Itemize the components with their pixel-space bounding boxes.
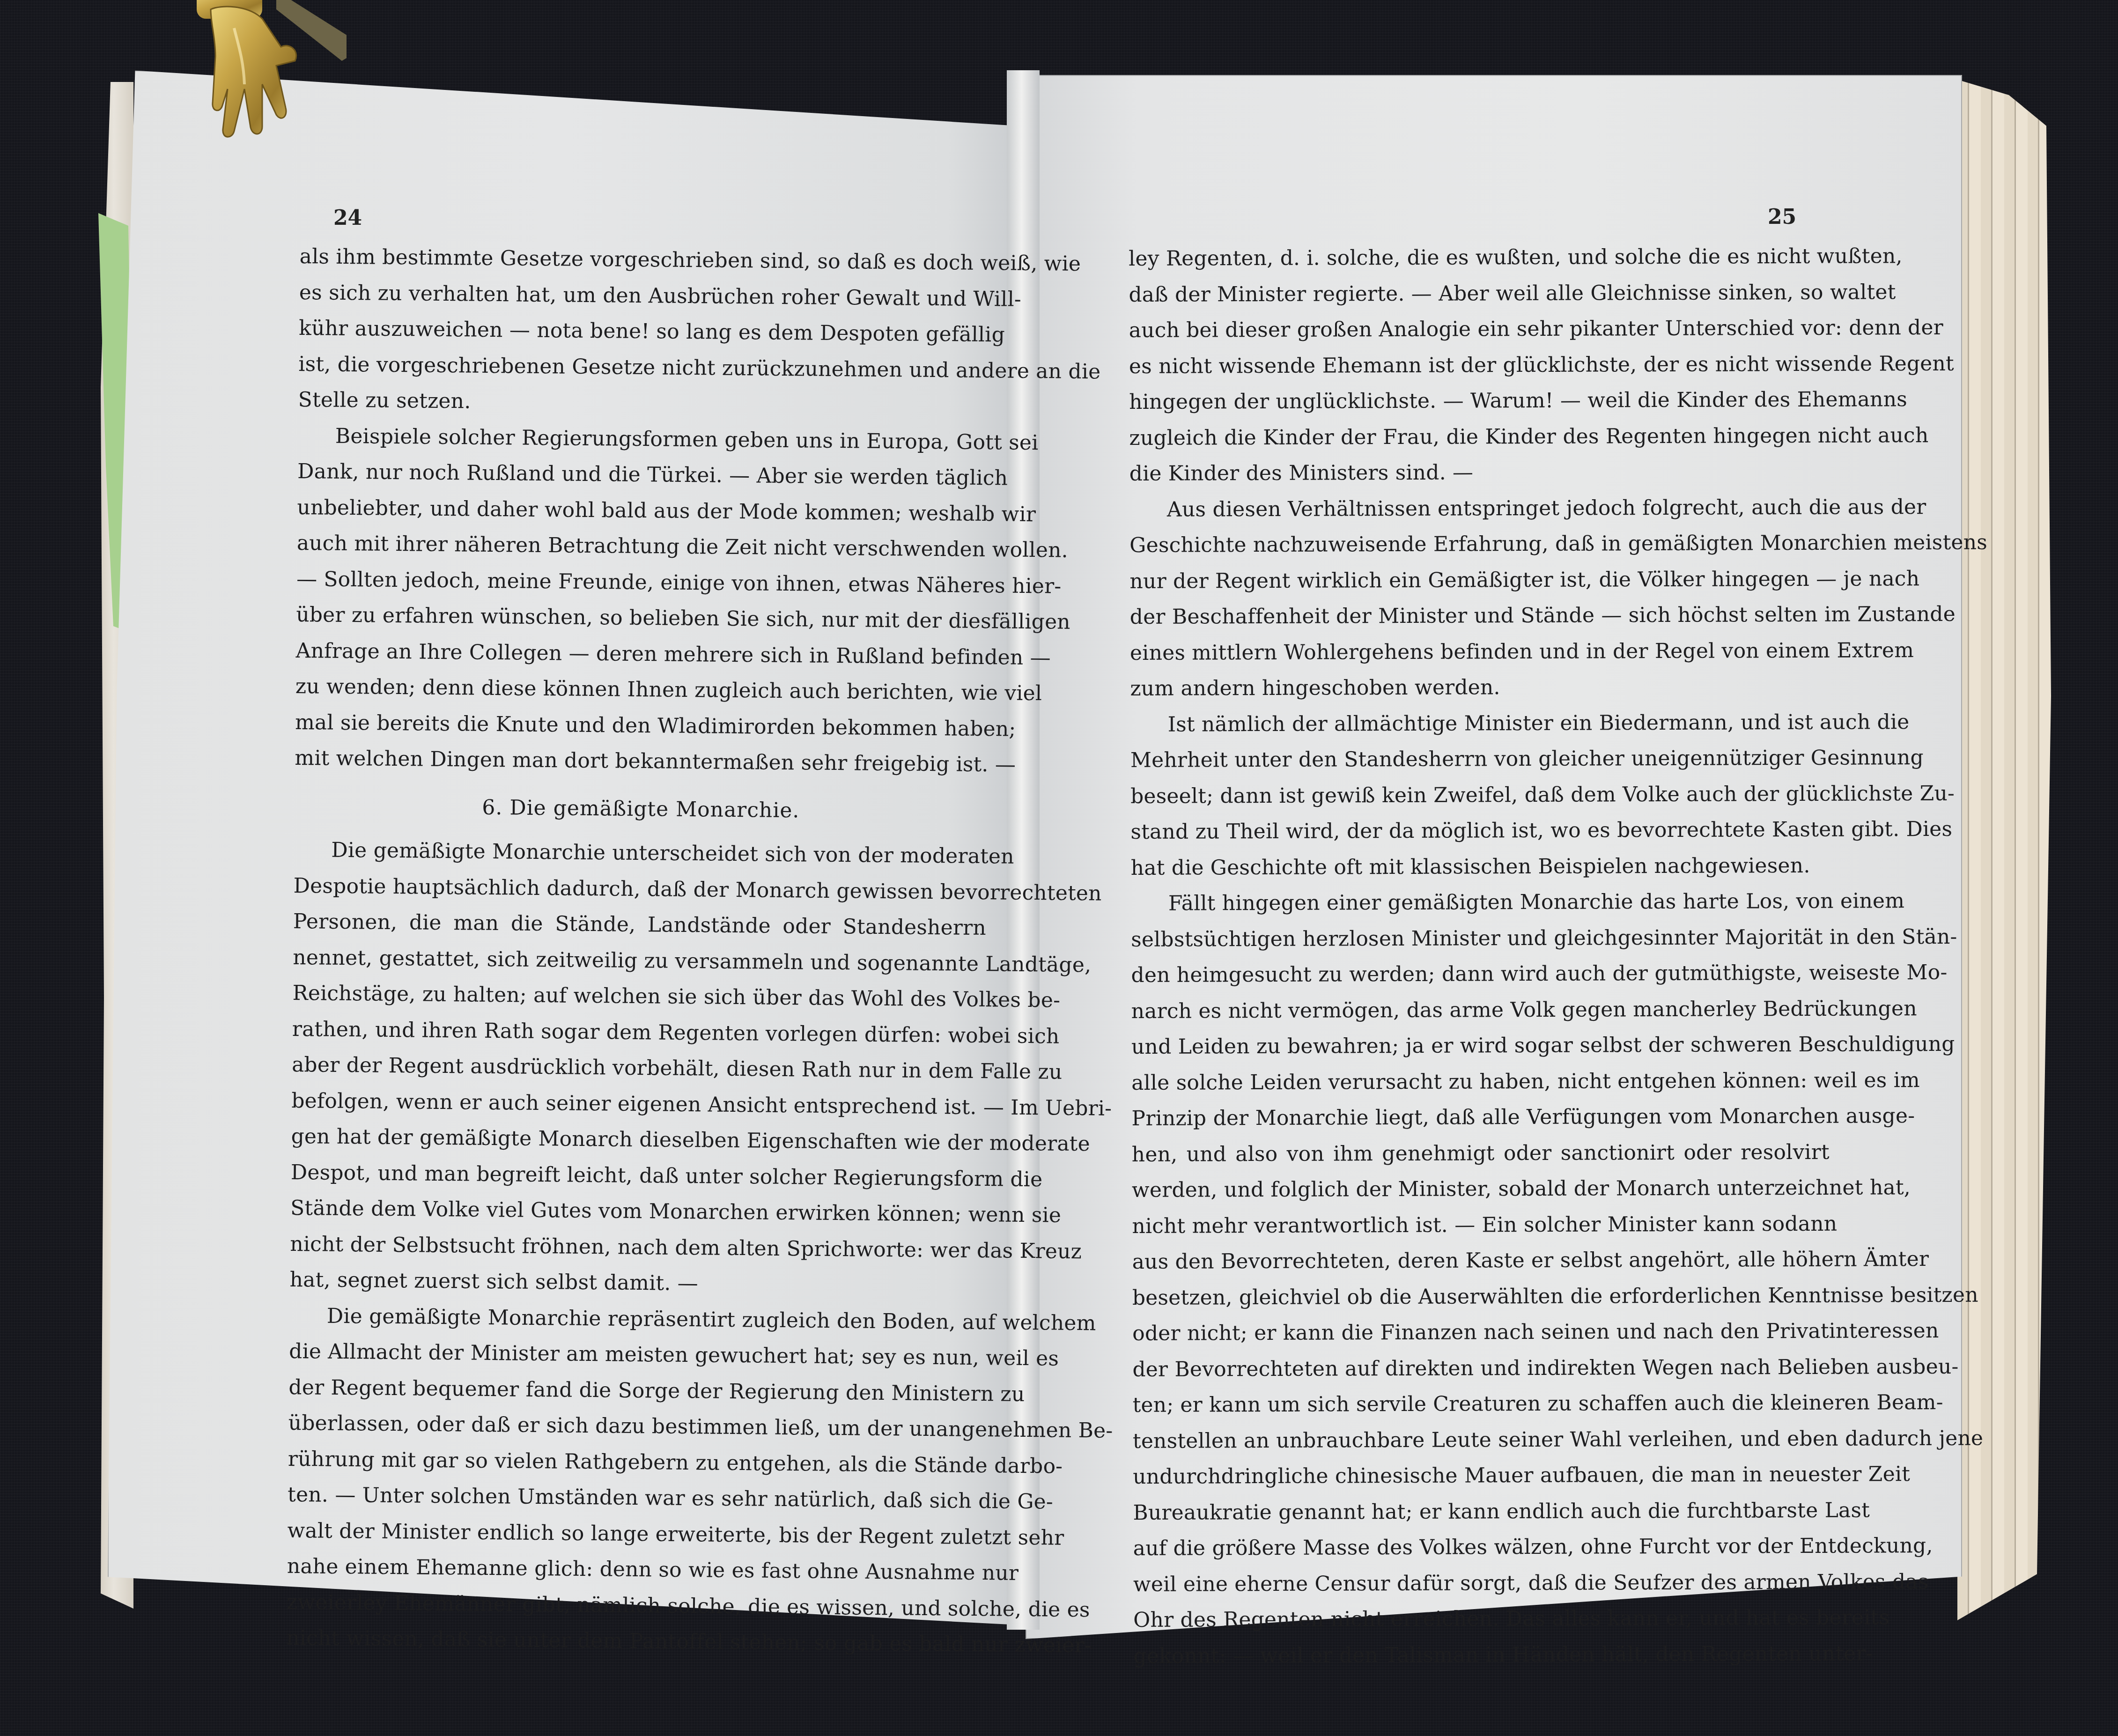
text-line: Mehrheit unter den Standesherrn von glei… [1130,740,1828,779]
text-line: oder nicht; er kann die Finanzen nach se… [1132,1314,1830,1352]
text-line: hingegen der unglücklichste. — Warum! — … [1129,382,1827,421]
text-line: nicht mehr verantwortlich ist. — Ein sol… [1132,1206,1830,1244]
text-line: zugleich die Kinder der Frau, die Kinder… [1129,418,1827,456]
text-line: aus den Bevorrechteten, deren Kaste er s… [1132,1242,1830,1280]
text-line: aber der Regent ausdrücklich vorbehält, … [292,1047,985,1090]
text-line: beseelt; dann ist gewiß kein Zweifel, da… [1130,776,1828,814]
text-line: undurchdringliche chinesische Mauer aufb… [1133,1457,1830,1495]
text-line: gekonnt: — weil er den Talisman in Hände… [1133,1636,1831,1674]
text-line: Geschichte nachzuweisende Erfahrung, daß… [1129,525,1827,564]
text-line: befolgen, wenn er auch seiner eigenen An… [291,1083,985,1125]
photo-scene: 24 25 als ihm bestimmte Gesetze vorgesch… [0,0,2118,1736]
text-line: Despot, und man begreift leicht, daß unt… [290,1154,984,1197]
right-page-stack-edges [1957,80,2051,1620]
text-line: selbstsüchtigen herzlosen Minister und g… [1131,919,1829,958]
text-line: mit welchen Dingen man dort bekanntermaß… [295,740,988,783]
text-line: Die gemäßigte Monarchie repräsentirt zug… [289,1298,983,1340]
text-line: überlassen, oder daß er sich dazu bestim… [288,1405,982,1448]
text-line: zweierley Ehemänner gibt, nämlich solche… [287,1584,980,1627]
open-book: 24 25 als ihm bestimmte Gesetze vorgesch… [0,0,2118,1736]
text-line: stand zu Theil wird, der da möglich ist,… [1130,812,1828,850]
text-line: Beispiele solcher Regierungsformen geben… [298,418,991,460]
text-line: Reichstäge, zu halten; auf welchen sie s… [292,975,986,1018]
text-line: der Beschaffenheit der Minister und Stän… [1130,597,1828,635]
text-line: Prinzip der Monarchie liegt, daß alle Ve… [1131,1099,1829,1137]
text-line: nicht wissen, daß sie unter dem Pantoffe… [286,1620,980,1663]
text-line: zu wenden; denn diese können Ihnen zugle… [295,669,989,711]
text-line: Despotie hauptsächlich dadurch, daß der … [293,868,987,910]
text-line: über zu erfahren wünschen, so belieben S… [296,597,989,640]
text-line: Stände dem Volke viel Gutes vom Monarche… [290,1190,984,1233]
text-line: hat, segnet zuerst sich selbst damit. — [289,1262,983,1305]
text-line: rathen, und ihren Rath sogar dem Regente… [292,1011,985,1054]
text-line: Stelle zu setzen. [298,382,991,425]
text-line: werden, und folglich der Minister, sobal… [1132,1170,1830,1209]
text-line: eines mittlern Wohlergehens befinden und… [1130,633,1828,671]
text-line: ley Regenten, d. i. solche, die es wußte… [1129,239,1826,277]
text-line: nennet, gestattet, sich zeitweilig zu ve… [293,939,986,982]
text-line: die Allmacht der Minister am meisten gew… [289,1334,982,1376]
page-number-left: 24 [333,206,362,230]
text-line: daß der Minister regierte. — Aber weil a… [1129,274,1826,313]
text-line: Anfrage an Ihre Collegen — deren mehrere… [295,633,989,675]
text-line: Fällt hingegen einer gemäßigten Monarchi… [1131,884,1829,922]
text-line: auch bei dieser großen Analogie ein sehr… [1129,310,1827,349]
text-line: nicht der Selbstsucht fröhnen, nach dem … [290,1226,983,1269]
text-line: zum andern hingeschoben werden. [1130,669,1828,707]
text-line: tenstellen an unbrauchbare Leute seiner … [1133,1421,1830,1459]
text-line: die Kinder des Ministers sind. — [1129,454,1827,492]
text-line: besetzen, gleichviel ob die Auserwählten… [1132,1278,1830,1316]
text-line: nur der Regent wirklich ein Gemäßigter i… [1129,561,1827,599]
text-line: kühr auszuweichen — nota bene! so lang e… [299,310,992,353]
section-heading: 6. Die gemäßigte Monarchie. [294,788,988,830]
text-line: hen, und also von ihm genehmigt oder san… [1132,1134,1830,1173]
text-line: der Regent bequemer fand die Sorge der R… [288,1369,982,1412]
text-line: und Leiden zu bewahren; ja er wird sogar… [1131,1027,1829,1065]
text-line: Dank, nur noch Rußland und die Türkei. —… [297,454,991,496]
text-line: Personen, die man die Stände, Landstände… [293,904,987,946]
text-line: alle solche Leiden verursacht zu haben, … [1131,1063,1829,1101]
page-number-right: 25 [1768,205,1796,229]
text-line: nahe einem Ehemanne glich: denn so wie e… [287,1549,980,1591]
text-line: es nicht wissende Ehemann ist der glückl… [1129,346,1827,384]
text-line: den heimgesucht zu werden; dann wird auc… [1131,955,1829,994]
text-line: der Bevorrechteten auf direkten und indi… [1132,1349,1830,1388]
text-line: narch es nicht vermögen, das arme Volk g… [1131,991,1829,1029]
text-line: mal sie bereits die Knute und den Wladim… [295,704,989,747]
text-line: auch mit ihrer näheren Betrachtung die Z… [296,525,990,568]
text-line: es sich zu verhalten hat, um den Ausbrüc… [299,274,993,317]
text-line: Ohr des Regenten nicht erreichen. Das al… [1133,1600,1831,1639]
text-line: walt der Minister endlich so lange erwei… [287,1513,981,1555]
text-line: — Sollten jedoch, meine Freunde, einige … [296,561,990,604]
text-line: ten; er kann um sich servile Creaturen z… [1133,1385,1830,1424]
text-line: Aus diesen Verhältnissen entspringet jed… [1129,489,1827,528]
text-line: hat die Geschichte oft mit klassischen B… [1131,848,1829,886]
text-line: auf die größere Masse des Volkes wälzen,… [1133,1529,1831,1567]
text-line: Die gemäßigte Monarchie unterscheidet si… [294,832,987,875]
text-line: ten. — Unter solchen Umständen war es se… [288,1477,981,1520]
text-line: Ist nämlich der allmächtige Minister ein… [1130,704,1828,743]
text-line: rührung mit gar so vielen Rathgebern zu … [288,1441,982,1484]
text-line: unbeliebter, und daher wohl bald aus der… [297,489,990,532]
text-line: ist, die vorgeschriebenen Gesetze nicht … [298,346,992,389]
right-page-text: ley Regenten, d. i. solche, die es wußte… [1129,239,1831,1674]
text-line: als ihm bestimmte Gesetze vorgeschrieben… [299,239,993,281]
brass-hand-clip-icon [122,0,347,211]
left-page-text: als ihm bestimmte Gesetze vorgeschrieben… [286,239,993,1663]
text-line: gen hat der gemäßigte Monarch dieselben … [291,1119,984,1161]
text-line: Bureaukratie genannt hat; er kann endlic… [1133,1492,1830,1531]
text-line: weil eine eherne Censur dafür sorgt, daß… [1133,1564,1831,1603]
